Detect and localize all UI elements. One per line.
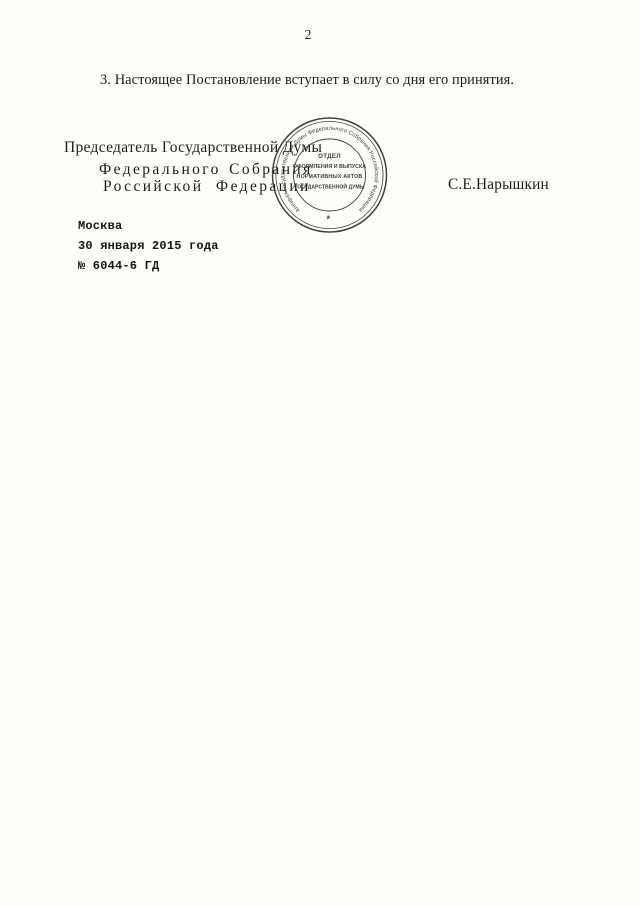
resolution-clause-3: 3. Настоящее Постановление вступает в си… [100, 72, 514, 89]
official-seal-stamp: Аппарат Государственной Думы Федеральног… [270, 115, 390, 235]
issue-date: 30 января 2015 года [78, 239, 219, 253]
star-icon: * [327, 214, 331, 224]
seal-center-line-3: НОРМАТИВНЫХ АКТОВ [297, 174, 363, 180]
seal-center-line-4: ГОСУДАРСТВЕННОЙ ДУМЫ [294, 183, 364, 191]
page-number: 2 [296, 28, 320, 44]
issue-city: Москва [78, 219, 122, 233]
seal-center-line-1: ОТДЕЛ [318, 153, 341, 160]
document-number: № 6044-6 ГД [78, 259, 159, 273]
seal-graphic: Аппарат Государственной Думы Федеральног… [270, 115, 390, 235]
seal-center-line-2: ОФОРМЛЕНИЯ И ВЫПУСКА [293, 164, 366, 170]
signatory-name: С.Е.Нарышкин [448, 176, 549, 194]
